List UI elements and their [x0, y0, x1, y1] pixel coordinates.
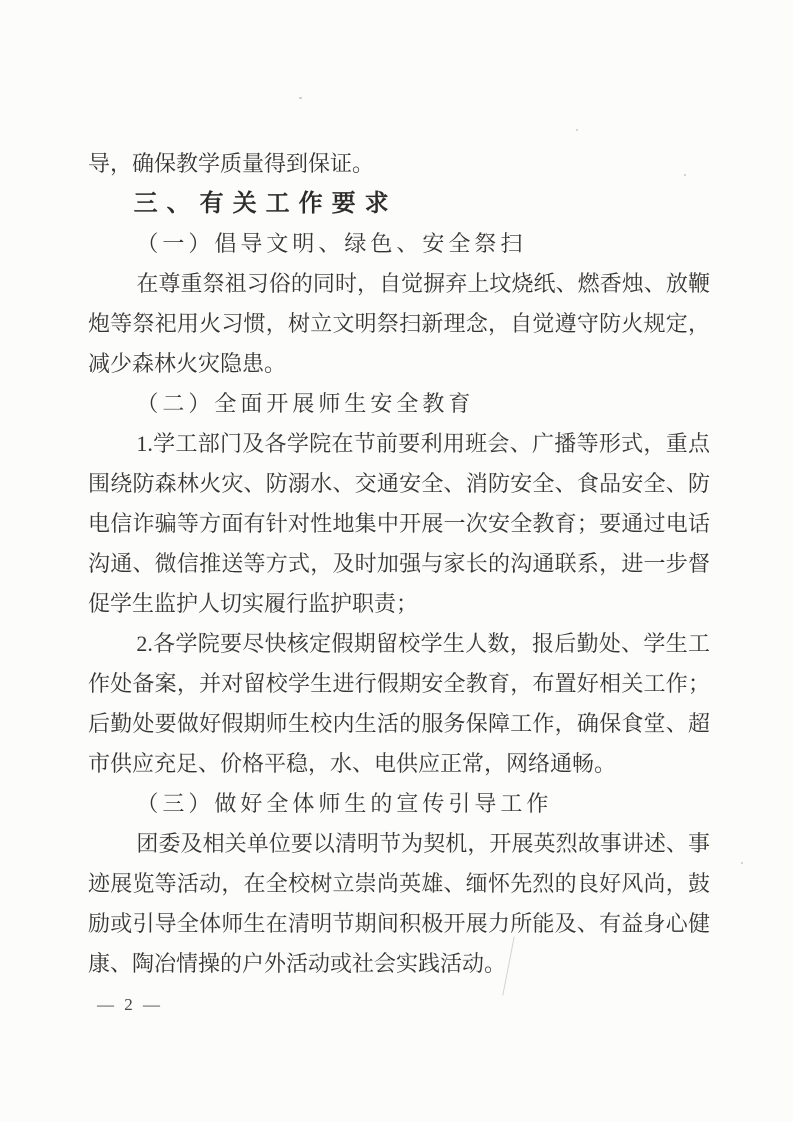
scanned-document-page: 导，确保教学质量得到保证。三、有关工作要求（一）倡导文明、绿色、安全祭扫在尊重祭…: [0, 0, 793, 1122]
document-paragraph: 1.学工部门及各学院在节前要利用班会、广播等形式，重点围绕防森林火灾、防溺水、交…: [88, 424, 710, 624]
document-paragraph: 在尊重祭祖习俗的同时，自觉摒弃上坟烧纸、燃香烛、放鞭炮等祭祀用火习惯，树立文明祭…: [88, 264, 710, 384]
document-paragraph: 团委及相关单位要以清明节为契机，开展英烈故事讲述、事迹展览等活动，在全校树立崇尚…: [88, 824, 710, 984]
scan-speckle: [299, 97, 302, 99]
document-paragraph: 导，确保教学质量得到保证。: [88, 144, 710, 184]
document-paragraph: 2.各学院要尽快核定假期留校学生人数，报后勤处、学生工作处备案，并对留校学生进行…: [88, 624, 710, 784]
scan-speckle: [684, 174, 686, 176]
section-heading: 三、有关工作要求: [88, 184, 710, 224]
sub-section-heading: （一）倡导文明、绿色、安全祭扫: [88, 224, 710, 264]
sub-section-heading: （三）做好全体师生的宣传引导工作: [88, 784, 710, 824]
document-body: 导，确保教学质量得到保证。三、有关工作要求（一）倡导文明、绿色、安全祭扫在尊重祭…: [88, 144, 710, 984]
scan-speckle: [741, 862, 743, 864]
scan-speckle: [576, 129, 578, 131]
sub-section-heading: （二）全面开展师生安全教育: [88, 384, 710, 424]
page-number: — 2 —: [97, 995, 163, 1015]
